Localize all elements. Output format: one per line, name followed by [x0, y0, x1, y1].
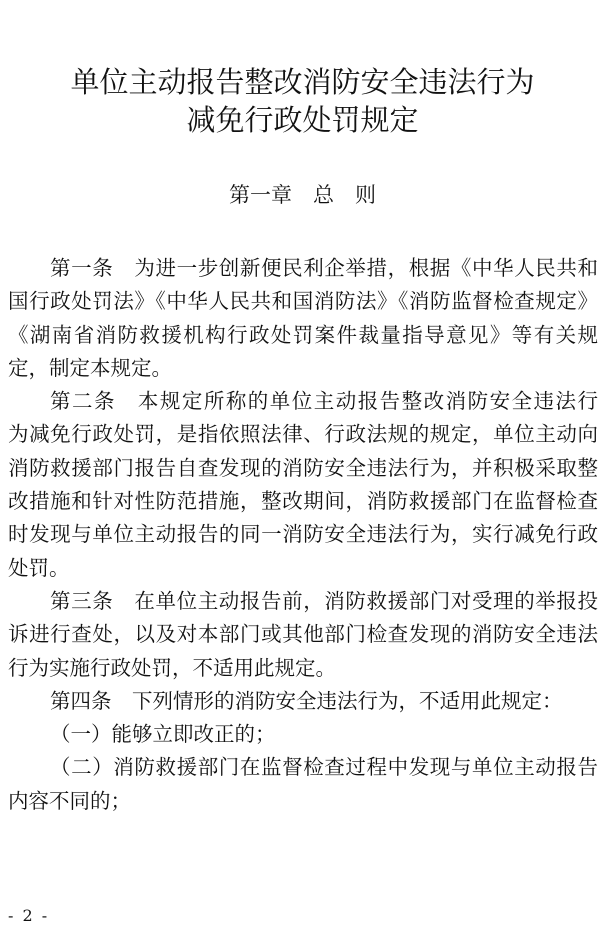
text-line: 定，制定本规定。	[8, 352, 598, 385]
text-line: 行为实施行政处罚，不适用此规定。	[8, 652, 598, 685]
text-line: 改措施和针对性防范措施，整改期间，消防救援部门在监督检查	[8, 485, 598, 518]
text-line: 《湖南省消防救援机构行政处罚案件裁量指导意见》等有关规	[8, 319, 598, 352]
text-line: 诉进行查处，以及对本部门或其他部门检查发现的消防安全违法	[8, 618, 598, 651]
text-line: 第二条 本规定所称的单位主动报告整改消防安全违法行	[8, 385, 598, 418]
text-line: 内容不同的；	[8, 785, 598, 818]
chapter-heading: 第一章 总 则	[0, 180, 605, 210]
text-line: （一）能够立即改正的；	[8, 718, 598, 751]
text-line: 处罚。	[8, 552, 598, 585]
text-line: 第三条 在单位主动报告前，消防救援部门对受理的举报投	[8, 585, 598, 618]
document-title-line-2: 减免行政处罚规定	[0, 102, 605, 138]
document-title-line-1: 单位主动报告整改消防安全违法行为	[0, 64, 605, 100]
page-number: - 2 -	[8, 906, 49, 925]
document-body: 第一条 为进一步创新便民利企举措，根据《中华人民共和国行政处罚法》《中华人民共和…	[8, 252, 598, 818]
text-line: 时发现与单位主动报告的同一消防安全违法行为，实行减免行政	[8, 518, 598, 551]
text-line: 为减免行政处罚，是指依照法律、行政法规的规定，单位主动向	[8, 418, 598, 451]
text-line: 第四条 下列情形的消防安全违法行为，不适用此规定：	[8, 685, 598, 718]
text-line: 消防救援部门报告自查发现的消防安全违法行为，并积极采取整	[8, 452, 598, 485]
text-line: 第一条 为进一步创新便民利企举措，根据《中华人民共和	[8, 252, 598, 285]
text-line: （二）消防救援部门在监督检查过程中发现与单位主动报告	[8, 751, 598, 784]
text-line: 国行政处罚法》《中华人民共和国消防法》《消防监督检查规定》	[8, 285, 598, 318]
